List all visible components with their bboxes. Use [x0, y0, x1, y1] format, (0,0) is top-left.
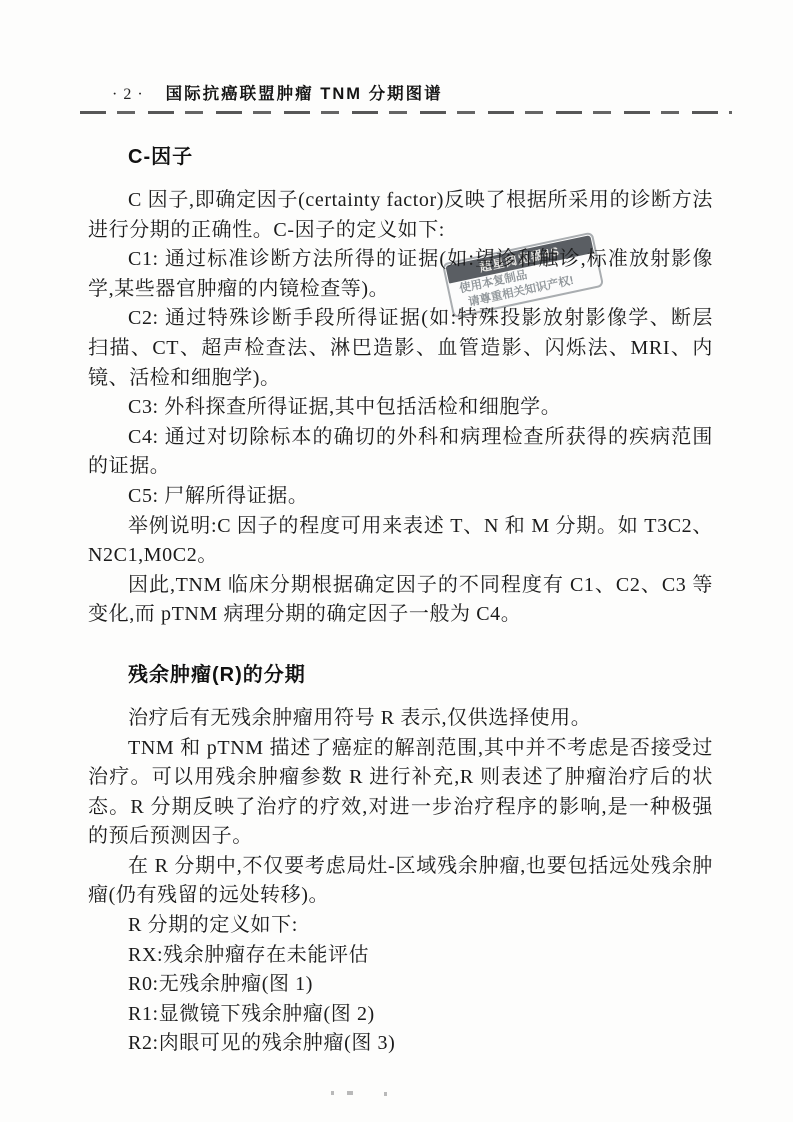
- book-title: 国际抗癌联盟肿瘤 TNM 分期图谱: [166, 80, 443, 104]
- paragraph: C5: 尸解所得证据。: [88, 482, 713, 512]
- section-heading-residual-tumor-r: 残余肿瘤(R)的分期: [88, 658, 713, 687]
- paragraph: C3: 外科探查所得证据,其中包括活检和细胞学。: [88, 393, 713, 423]
- scan-artifact: [331, 1091, 334, 1095]
- paragraph: RX:残余肿瘤存在未能评估: [88, 941, 713, 971]
- paragraph: 治疗后有无残余肿瘤用符号 R 表示,仅供选择使用。: [88, 704, 713, 734]
- paragraph: 在 R 分期中,不仅要考虑局灶-区域残余肿瘤,也要包括远处残余肿瘤(仍有残留的远…: [88, 852, 713, 911]
- scan-artifact: [347, 1091, 353, 1095]
- paragraph: 举例说明:C 因子的程度可用来表述 T、N 和 M 分期。如 T3C2、N2C1…: [88, 512, 713, 571]
- paragraph: R2:肉眼可见的残余肿瘤(图 3): [88, 1029, 713, 1059]
- paragraph: R0:无残余肿瘤(图 1): [88, 970, 713, 1000]
- paragraph: C2: 通过特殊诊断手段所得证据(如:特殊投影放射影像学、断层扫描、CT、超声检…: [88, 304, 713, 393]
- page-body: C-因子 C 因子,即确定因子(certainty factor)反映了根据所采…: [88, 140, 713, 1059]
- paragraph: 因此,TNM 临床分期根据确定因子的不同程度有 C1、C2、C3 等变化,而 p…: [88, 571, 713, 630]
- paragraph: C4: 通过对切除标本的确切的外科和病理检查所获得的疾病范围的证据。: [88, 423, 713, 482]
- scan-artifact: [384, 1092, 387, 1096]
- paragraph: C 因子,即确定因子(certainty factor)反映了根据所采用的诊断方…: [88, 186, 713, 245]
- section-heading-c-factor: C-因子: [88, 140, 713, 169]
- paragraph: R 分期的定义如下:: [88, 911, 713, 941]
- header-divider-dashed-rule: [80, 111, 732, 114]
- running-header: · 2 · 国际抗癌联盟肿瘤 TNM 分期图谱: [112, 80, 443, 104]
- paragraph: TNM 和 pTNM 描述了癌症的解剖范围,其中并不考虑是否接受过治疗。可以用残…: [88, 734, 713, 852]
- paragraph: R1:显微镜下残余肿瘤(图 2): [88, 1000, 713, 1030]
- scanned-book-page: · 2 · 国际抗癌联盟肿瘤 TNM 分期图谱 超星阅览器4S 使用本复制品 请…: [0, 0, 793, 1122]
- paragraph: C1: 通过标准诊断方法所得的证据(如:望诊和触诊,标准放射影像学,某些器官肿瘤…: [88, 245, 713, 304]
- page-number: · 2 ·: [112, 86, 144, 104]
